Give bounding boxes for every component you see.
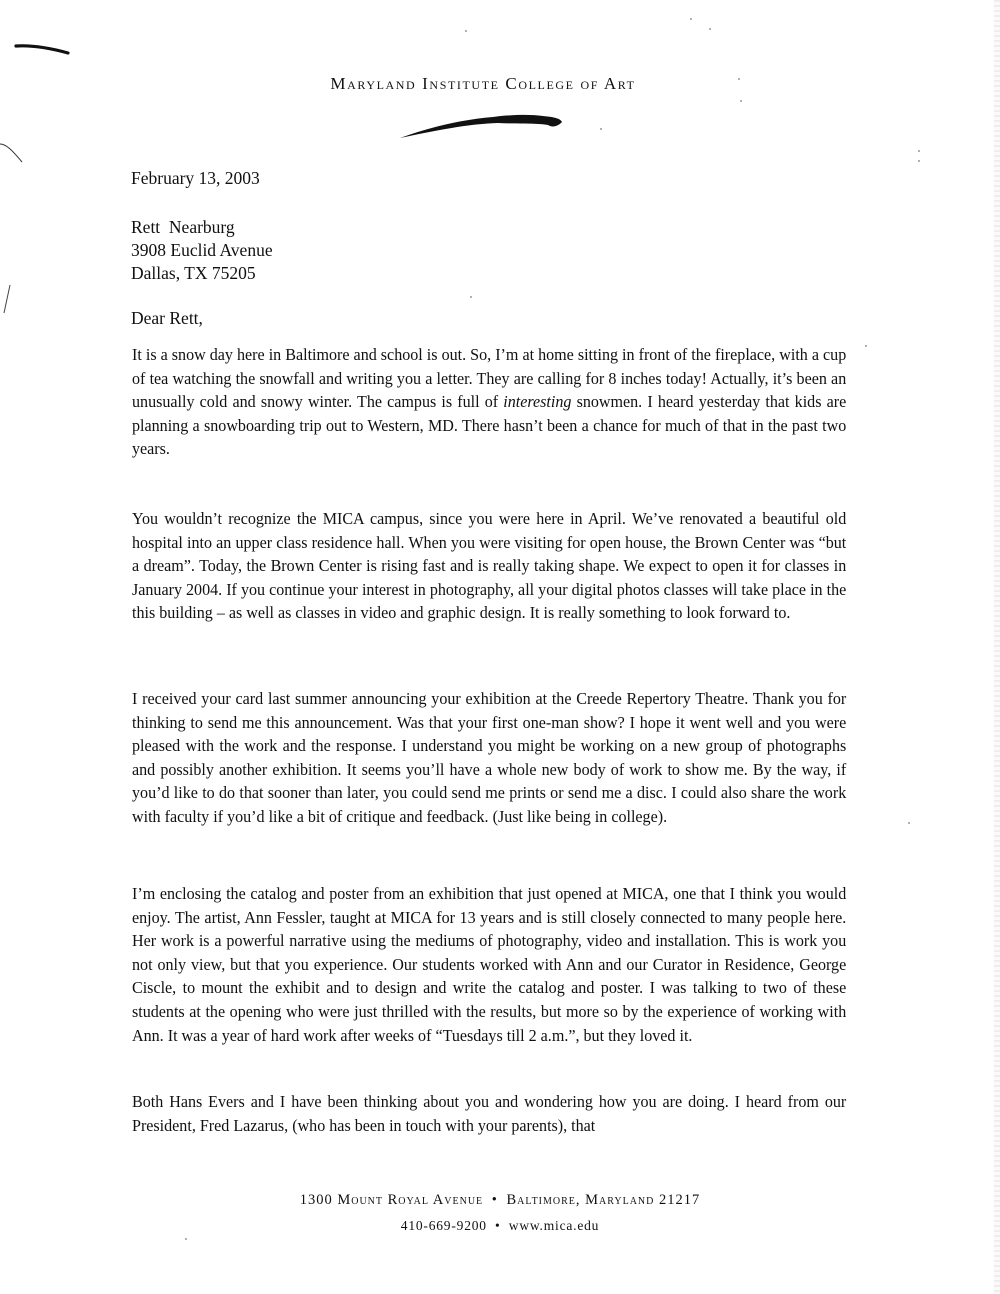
recipient-name: Rett Nearburg [131, 216, 273, 239]
paragraph-1: It is a snow day here in Baltimore and s… [132, 343, 846, 461]
footer-street: 1300 Mount Royal Avenue [300, 1192, 483, 1208]
bullet-separator-icon: • [495, 1218, 501, 1233]
scan-edge [994, 0, 1000, 1294]
ink-mark-icon [0, 138, 26, 164]
paragraph-3: I received your card last summer announc… [132, 687, 846, 829]
footer-address: 1300 Mount Royal Avenue • Baltimore, Mar… [0, 1192, 1000, 1209]
brush-stroke-logo-icon [398, 110, 563, 140]
footer-contact: 410-669-9200 • www.mica.edu [0, 1218, 1000, 1234]
paragraph-text: I received your card last summer announc… [132, 687, 846, 829]
footer-website[interactable]: www.mica.edu [509, 1218, 599, 1233]
recipient-city: Dallas, TX 75205 [131, 262, 273, 285]
recipient-address: Rett Nearburg 3908 Euclid Avenue Dallas,… [131, 216, 273, 285]
paragraph-2: You wouldn’t recognize the MICA campus, … [132, 507, 846, 625]
letterhead-title: Maryland Institute College of Art [0, 74, 966, 94]
letter-date: February 13, 2003 [131, 168, 260, 189]
ink-mark-icon [2, 285, 12, 315]
ink-mark-icon [14, 42, 70, 56]
paragraph-text: I’m enclosing the catalog and poster fro… [132, 882, 846, 1047]
paragraph-4: I’m enclosing the catalog and poster fro… [132, 882, 846, 1047]
emphasis-text: interesting [503, 392, 571, 411]
paragraph-5: Both Hans Evers and I have been thinking… [132, 1090, 846, 1137]
footer-phone: 410-669-9200 [401, 1218, 487, 1233]
salutation: Dear Rett, [131, 308, 203, 329]
bullet-separator-icon: • [492, 1192, 498, 1208]
paragraph-text: Both Hans Evers and I have been thinking… [132, 1090, 846, 1137]
recipient-street: 3908 Euclid Avenue [131, 239, 273, 262]
letter-page: Maryland Institute College of Art Februa… [0, 0, 1000, 1294]
footer-city: Baltimore, Maryland 21217 [506, 1192, 700, 1208]
paragraph-text: You wouldn’t recognize the MICA campus, … [132, 507, 846, 625]
